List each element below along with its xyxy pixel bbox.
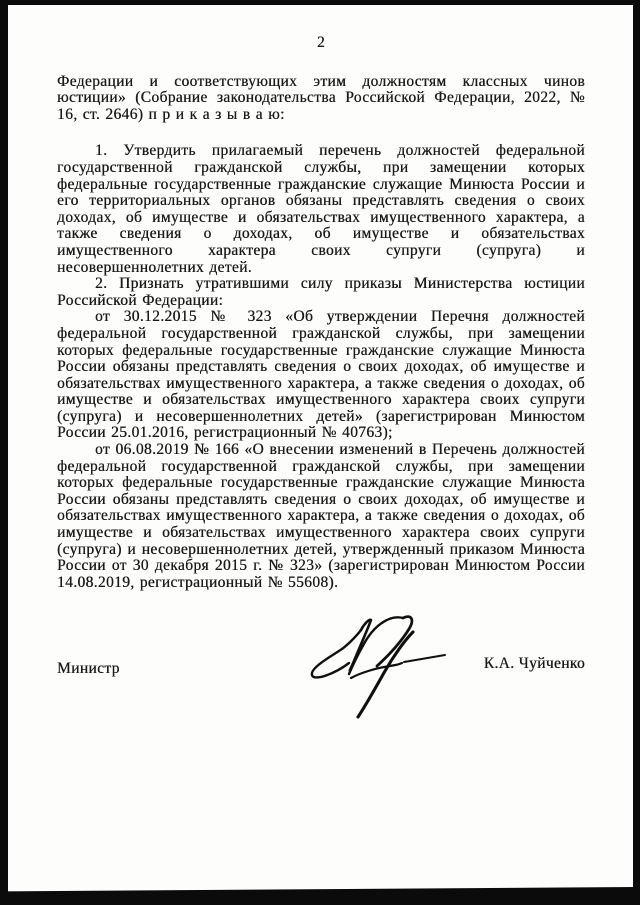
paragraph-preamble: Федерации и соответствующих этим должнос… bbox=[57, 74, 585, 124]
signer-name: К.А. Чуйченко bbox=[484, 655, 585, 673]
paragraph-order-item-1: 1. Утвердить прилагаемый перечень должно… bbox=[57, 143, 585, 276]
signer-role-label: Министр bbox=[57, 660, 120, 678]
paragraph-order-item-2: 2. Признать утратившими силу приказы Мин… bbox=[57, 276, 585, 309]
scan-edge-bottom bbox=[4, 887, 637, 903]
page-number: 2 bbox=[57, 35, 585, 52]
document-body: 2 Федерации и соответствующих этим должн… bbox=[57, 35, 585, 591]
paragraph-revoked-order-323: от 30.12.2015 № 323 «Об утверждении Пере… bbox=[57, 309, 585, 442]
paragraph-revoked-order-166: от 06.08.2019 № 166 «О внесении изменени… bbox=[57, 442, 585, 591]
signature-icon bbox=[300, 611, 460, 723]
document-sheet: 2 Федерации и соответствующих этим должн… bbox=[8, 5, 633, 899]
